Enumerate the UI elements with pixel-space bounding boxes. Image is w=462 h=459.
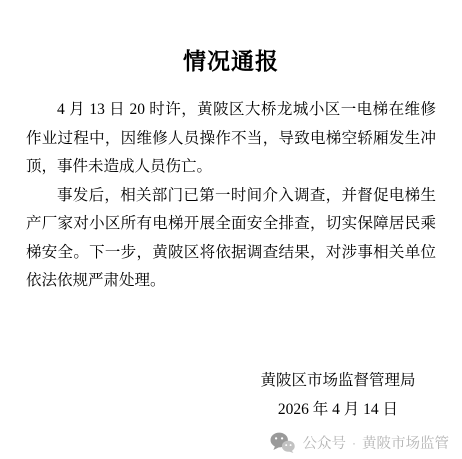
- separator-dot: ·: [351, 436, 357, 450]
- signature-block: 黄陂区市场监督管理局 2026 年 4 月 14 日: [259, 366, 417, 424]
- notice-document: 情况通报 4 月 13 日 20 时许，黄陂区大桥龙城小区一电梯在维修作业过程中…: [0, 0, 462, 459]
- issuer-name: 黄陂区市场监督管理局: [259, 366, 417, 395]
- wechat-account-badge: 公众号 · 黄陂市场监管: [270, 431, 450, 454]
- notice-paragraph-2: 事发后，相关部门已第一时间介入调查，并督促电梯生产厂家对小区所有电梯开展全面安全…: [26, 182, 436, 296]
- notice-paragraph-1: 4 月 13 日 20 时许，黄陂区大桥龙城小区一电梯在维修作业过程中，因维修人…: [26, 96, 436, 182]
- wechat-icon: [270, 432, 295, 453]
- notice-date: 2026 年 4 月 14 日: [259, 395, 417, 424]
- wechat-account-label: 公众号: [303, 432, 347, 453]
- notice-title: 情况通报: [0, 43, 462, 76]
- wechat-account-name: 黄陂市场监管: [362, 432, 449, 453]
- notice-body: 4 月 13 日 20 时许，黄陂区大桥龙城小区一电梯在维修作业过程中，因维修人…: [26, 96, 436, 296]
